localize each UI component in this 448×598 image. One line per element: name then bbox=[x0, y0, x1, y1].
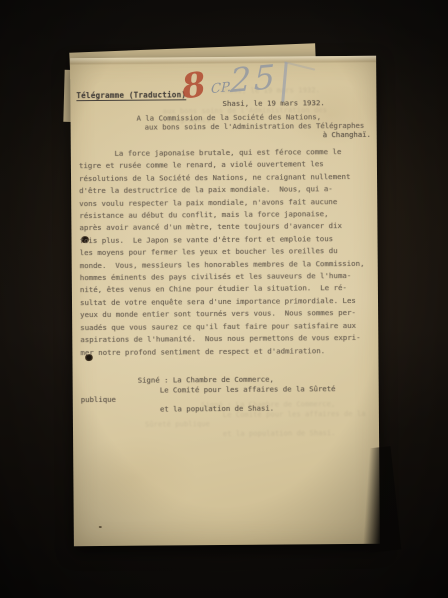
signature-block: Signé : La Chambre de Commerce, Le Comit… bbox=[81, 374, 375, 415]
document-type-label: Télégramme (Traduction) bbox=[76, 90, 186, 100]
address-line-3: à Changhaï. bbox=[323, 130, 371, 139]
pencil-tail-stroke bbox=[284, 61, 316, 71]
paper-speck bbox=[99, 526, 102, 528]
pencil-number-mark: 25 bbox=[230, 57, 279, 100]
pencil-vertical-stroke bbox=[281, 62, 287, 102]
body-paragraph: La force japonaise brutale, qui est féro… bbox=[79, 146, 375, 359]
handwritten-annotation: 8 CP. 25 bbox=[182, 62, 332, 112]
photo-of-document: Shasi, le 19 mars 1932. aux bons soins d… bbox=[0, 0, 448, 598]
red-crayon-figure: 8 bbox=[180, 65, 208, 108]
pencil-cp-mark: CP. bbox=[211, 80, 232, 97]
document-page: Shasi, le 19 mars 1932. aux bons soins d… bbox=[70, 56, 380, 546]
